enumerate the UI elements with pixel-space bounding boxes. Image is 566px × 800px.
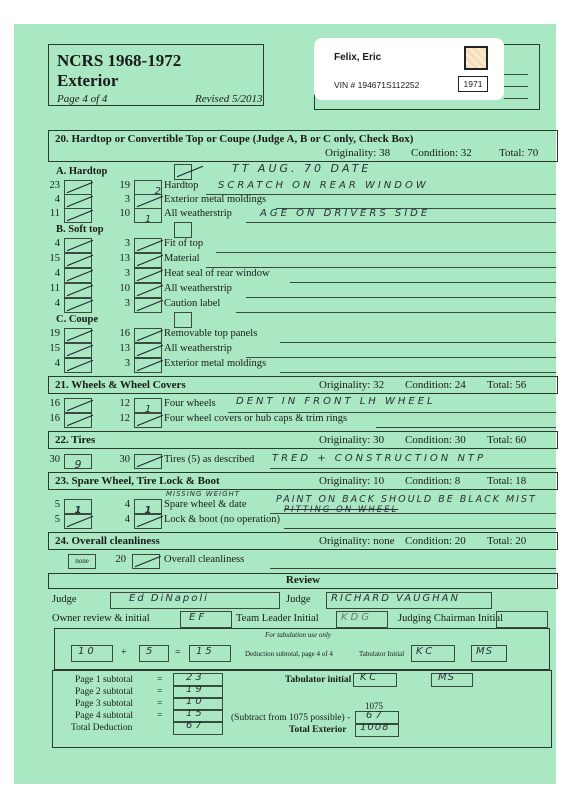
item-label: Removable top panels — [164, 328, 257, 339]
tab-field-b[interactable]: 5 — [139, 645, 169, 662]
condition-checkbox[interactable]: 1 — [134, 208, 162, 223]
owner-initial: EF — [189, 612, 207, 623]
owner-label-sticker: Felix, Eric VIN # 194671S112252 1971 — [314, 38, 504, 100]
originality-checkbox[interactable] — [64, 298, 92, 313]
comment-line — [246, 222, 556, 223]
item-label: Spare wheel & date — [164, 499, 247, 510]
judge-label: Judge — [286, 594, 311, 605]
deduction-mark: 1 — [145, 214, 151, 225]
item-label: Hardtop — [164, 180, 198, 191]
tab-value: 10 — [78, 646, 97, 657]
condition-checkbox[interactable] — [134, 514, 162, 529]
item-label: Heat seal of rear window — [164, 268, 270, 279]
chairman-label: Judging Chairman Initial — [398, 613, 503, 624]
originality-points: 4 — [40, 268, 60, 279]
coupe-select-checkbox[interactable] — [174, 312, 192, 328]
condition-checkbox[interactable] — [134, 283, 162, 298]
comment-line — [280, 342, 556, 343]
item-label: All weatherstrip — [164, 208, 232, 219]
handwritten-note: TT AUG. 70 DATE — [232, 162, 371, 175]
team-leader-initial-field[interactable]: KDG — [336, 611, 388, 628]
comment-line — [376, 427, 556, 428]
condition-points: 13 — [110, 253, 130, 264]
deduction-mark: 9 — [75, 458, 82, 471]
condition-checkbox[interactable] — [134, 194, 162, 209]
originality-points: 23 — [40, 180, 60, 191]
hardtop-select-checkbox[interactable] — [174, 164, 192, 180]
condition-points: 3 — [110, 358, 130, 369]
section-title: 22. Tires — [55, 434, 95, 446]
model-year: 1971 — [458, 76, 488, 92]
owner-review-label: Owner review & initial — [52, 613, 150, 624]
owner-line — [504, 74, 528, 75]
condition-points: 12 — [110, 413, 130, 424]
section-22-header: 22. Tires Originality: 30 Condition: 30 … — [48, 431, 558, 449]
soft-top-select-checkbox[interactable] — [174, 222, 192, 238]
condition-points: 3 — [110, 194, 130, 205]
total-score: Total: 56 — [487, 379, 526, 391]
originality-points: 5 — [40, 514, 60, 525]
originality-checkbox[interactable] — [64, 283, 92, 298]
condition-checkbox[interactable] — [134, 358, 162, 373]
condition-points: 10 — [110, 283, 130, 294]
originality-checkbox[interactable] — [64, 268, 92, 283]
condition-checkbox[interactable] — [134, 328, 162, 343]
total-score: Total: 18 — [487, 475, 526, 487]
originality-points: 4 — [40, 358, 60, 369]
originality-points: 30 — [40, 454, 60, 465]
originality-checkbox[interactable] — [64, 398, 92, 413]
condition-points: 3 — [110, 238, 130, 249]
review-title: Review — [286, 574, 320, 586]
item-label: Lock & boot (no operation) — [164, 514, 280, 525]
condition-score: Condition: 24 — [405, 379, 466, 391]
originality-checkbox[interactable]: 1 — [64, 499, 92, 514]
originality-checkbox[interactable] — [64, 208, 92, 223]
owner-name: Felix, Eric — [334, 52, 381, 63]
comment-line — [216, 252, 556, 253]
tabulator-initial: MS — [438, 672, 455, 683]
total-deduction-field[interactable]: 67 — [173, 721, 223, 735]
tabulator-initial-field-2[interactable]: MS — [471, 645, 507, 662]
total-score: Total: 20 — [487, 535, 526, 547]
section-21-header: 21. Wheels & Wheel Covers Originality: 3… — [48, 376, 558, 394]
hardtop-heading: A. Hardtop — [56, 166, 107, 177]
tabulation-title: For tabulation use only — [265, 631, 331, 639]
judge-1-signature: Ed DiNapoli — [129, 593, 209, 604]
judge-2-field[interactable]: RICHARD VAUGHAN — [326, 592, 492, 609]
total-exterior-field[interactable]: 1008 — [355, 723, 399, 737]
originality-points: 5 — [40, 499, 60, 510]
total-score: Total: 70 — [499, 147, 538, 159]
condition-checkbox[interactable] — [134, 343, 162, 358]
handwritten-note: MISSING WEIGHT — [166, 490, 240, 498]
originality-checkbox[interactable] — [64, 343, 92, 358]
subtotal-value: 19 — [186, 684, 205, 695]
owner-line — [504, 98, 528, 99]
originality-checkbox[interactable]: 9 — [64, 454, 92, 469]
comment-line — [270, 468, 556, 469]
originality-checkbox[interactable] — [64, 358, 92, 373]
originality-score: Originality: 38 — [325, 147, 390, 159]
originality-checkbox[interactable] — [64, 413, 92, 428]
condition-checkbox[interactable] — [134, 413, 162, 428]
originality-checkbox[interactable] — [64, 194, 92, 209]
totals-box: Page 1 subtotal = 23 Page 2 subtotal = 1… — [52, 670, 552, 748]
originality-points: 15 — [40, 253, 60, 264]
owner-line — [504, 86, 528, 87]
form-title: NCRS 1968-1972 — [57, 51, 181, 71]
originality-score: Originality: 32 — [319, 379, 384, 391]
originality-checkbox[interactable] — [64, 238, 92, 253]
total-score: Total: 60 — [487, 434, 526, 446]
handwritten-comment: SCRATCH ON REAR WINDOW — [218, 180, 429, 191]
soft-top-heading: B. Soft top — [56, 224, 104, 235]
item-label: Fit of top — [164, 238, 203, 249]
section-24-header: 24. Overall cleanliness Originality: non… — [48, 532, 558, 550]
subtotal-value: 15 — [186, 708, 205, 719]
tab-value: 15 — [196, 646, 215, 657]
originality-none-box: none — [68, 554, 96, 569]
total-exterior-label: Total Exterior — [289, 725, 346, 735]
handwritten-comment: AGE ON DRIVERS SIDE — [260, 208, 430, 219]
item-label: Four wheels — [164, 398, 216, 409]
chairman-initial-field[interactable] — [496, 611, 548, 628]
section-title: 23. Spare Wheel, Tire Lock & Boot — [55, 475, 220, 487]
originality-checkbox[interactable] — [64, 514, 92, 529]
originality-points: 11 — [40, 283, 60, 294]
page-1-subtotal-label: Page 1 subtotal — [75, 675, 133, 685]
section-23-header: 23. Spare Wheel, Tire Lock & Boot Origin… — [48, 472, 558, 490]
tabulator-initial-field-2[interactable]: MS — [431, 673, 473, 687]
comment-line — [290, 282, 556, 283]
item-label: Overall cleanliness — [164, 554, 244, 565]
comment-line — [270, 568, 556, 569]
handwritten-comment: PAINT ON BACK SHOULD BE BLACK MIST — [276, 494, 537, 505]
tabulator-initial-field[interactable]: KC — [353, 673, 397, 687]
condition-checkbox[interactable] — [134, 298, 162, 313]
condition-checkbox[interactable] — [134, 238, 162, 253]
condition-checkbox[interactable] — [134, 454, 162, 469]
handwritten-comment: DENT IN FRONT LH WHEEL — [236, 396, 436, 407]
originality-points: 15 — [40, 343, 60, 354]
condition-checkbox[interactable]: 1 — [134, 398, 162, 413]
handwritten-comment: TRED + CONSTRUCTION NTP — [272, 453, 486, 464]
originality-checkbox[interactable] — [64, 328, 92, 343]
comment-line — [284, 528, 556, 529]
subtotal-value: 23 — [186, 672, 205, 683]
originality-score: Originality: 30 — [319, 434, 384, 446]
section-title: 20. Hardtop or Convertible Top or Coupe … — [55, 133, 413, 145]
form-subtitle: Exterior — [57, 71, 118, 91]
coupe-heading: C. Coupe — [56, 314, 98, 325]
tab-field-c[interactable]: 15 — [189, 645, 231, 662]
subtotal-value: 10 — [186, 696, 205, 707]
tabulator-initial: KC — [360, 672, 379, 683]
comment-line — [236, 312, 556, 313]
item-label: Four wheel covers or hub caps & trim rin… — [164, 413, 347, 424]
judge-1-field[interactable]: Ed DiNapoli — [110, 592, 280, 609]
judging-sheet: NCRS 1968-1972 Exterior Page 4 of 4 Revi… — [14, 24, 556, 784]
originality-points: 16 — [40, 413, 60, 424]
condition-points: 12 — [110, 398, 130, 409]
tabulator-initial-field[interactable]: KC — [411, 645, 455, 662]
tabulator-initial: KC — [416, 646, 435, 657]
condition-points: 20 — [106, 554, 126, 565]
equals-sign: = — [157, 687, 162, 697]
originality-points: none — [75, 557, 89, 565]
tabulator-initial: MS — [476, 646, 493, 657]
condition-score: Condition: 20 — [405, 535, 466, 547]
condition-points: 4 — [110, 499, 130, 510]
originality-points: 4 — [40, 194, 60, 205]
deduction-subtotal-label: Deduction subtotal, page 4 of 4 — [245, 650, 333, 658]
condition-points: 13 — [110, 343, 130, 354]
page-2-subtotal-label: Page 2 subtotal — [75, 687, 133, 697]
originality-checkbox[interactable] — [64, 253, 92, 268]
total-deduction-label: Total Deduction — [71, 723, 132, 733]
condition-score: Condition: 32 — [411, 147, 472, 159]
review-header: Review — [48, 573, 558, 589]
condition-checkbox[interactable] — [132, 554, 160, 569]
condition-checkbox[interactable] — [134, 268, 162, 283]
condition-checkbox[interactable]: 1 — [134, 499, 162, 514]
condition-points: 3 — [110, 298, 130, 309]
page-3-subtotal-label: Page 3 subtotal — [75, 699, 133, 709]
tab-field-a[interactable]: 10 — [71, 645, 113, 662]
originality-score: Originality: none — [319, 535, 394, 547]
title-box: NCRS 1968-1972 Exterior Page 4 of 4 Revi… — [48, 44, 264, 106]
item-label: Exterior metal moldings — [164, 194, 266, 205]
item-label: All weatherstrip — [164, 283, 232, 294]
comment-line — [280, 372, 556, 373]
equals-sign: = — [157, 711, 162, 721]
item-label: Tires (5) as described — [164, 454, 254, 465]
plus-sign: + — [121, 647, 127, 658]
originality-checkbox[interactable] — [64, 180, 92, 195]
section-title: 21. Wheels & Wheel Covers — [55, 379, 186, 391]
tabulation-box: For tabulation use only 10 + 5 = 15 Dedu… — [54, 628, 550, 670]
item-label: Material — [164, 253, 200, 264]
condition-points: 19 — [110, 180, 130, 191]
condition-points: 16 — [110, 328, 130, 339]
subtract-label: (Subtract from 1075 possible) - — [231, 713, 350, 723]
judge-2-signature: RICHARD VAUGHAN — [331, 593, 460, 604]
revised-date: Revised 5/2013 — [195, 93, 263, 105]
condition-points: 3 — [110, 268, 130, 279]
item-label: Caution label — [164, 298, 220, 309]
tabulator-initial-label: Tabulator initial — [285, 675, 351, 685]
equals-sign: = — [175, 647, 181, 658]
item-label: Exterior metal moldings — [164, 358, 266, 369]
judge-label: Judge — [52, 594, 77, 605]
comment-line — [246, 297, 556, 298]
condition-points: 4 — [110, 514, 130, 525]
owner-initial-field[interactable]: EF — [180, 611, 232, 628]
team-leader-initial: KDG — [341, 612, 372, 623]
originality-points: 4 — [40, 238, 60, 249]
tab-value: 5 — [146, 646, 155, 657]
comment-line — [246, 357, 556, 358]
originality-points: 11 — [40, 208, 60, 219]
condition-points: 10 — [110, 208, 130, 219]
team-leader-label: Team Leader Initial — [236, 613, 319, 624]
originality-points: 16 — [40, 398, 60, 409]
subtract-value: 67 — [366, 710, 385, 721]
originality-points: 19 — [40, 328, 60, 339]
handwritten-comment: PITTING ON WHEEL — [284, 505, 398, 515]
condition-score: Condition: 8 — [405, 475, 460, 487]
originality-score: Originality: 10 — [319, 475, 384, 487]
color-swatch — [464, 46, 488, 70]
condition-checkbox[interactable]: 2 — [134, 180, 162, 195]
item-label: All weatherstrip — [164, 343, 232, 354]
total-exterior-value: 1008 — [360, 722, 389, 733]
equals-sign: = — [157, 699, 162, 709]
section-title: 24. Overall cleanliness — [55, 535, 160, 547]
condition-score: Condition: 30 — [405, 434, 466, 446]
total-deduction-value: 67 — [186, 720, 205, 731]
tabulator-initial-label: Tabulator Initial — [359, 650, 404, 658]
page-4-subtotal-label: Page 4 subtotal — [75, 711, 133, 721]
section-20-header: 20. Hardtop or Convertible Top or Coupe … — [48, 130, 558, 162]
vin-number: VIN # 194671S112252 — [334, 80, 419, 90]
originality-points: 4 — [40, 298, 60, 309]
condition-checkbox[interactable] — [134, 253, 162, 268]
condition-points: 30 — [110, 454, 130, 465]
page-number: Page 4 of 4 — [57, 93, 107, 105]
equals-sign: = — [157, 675, 162, 685]
